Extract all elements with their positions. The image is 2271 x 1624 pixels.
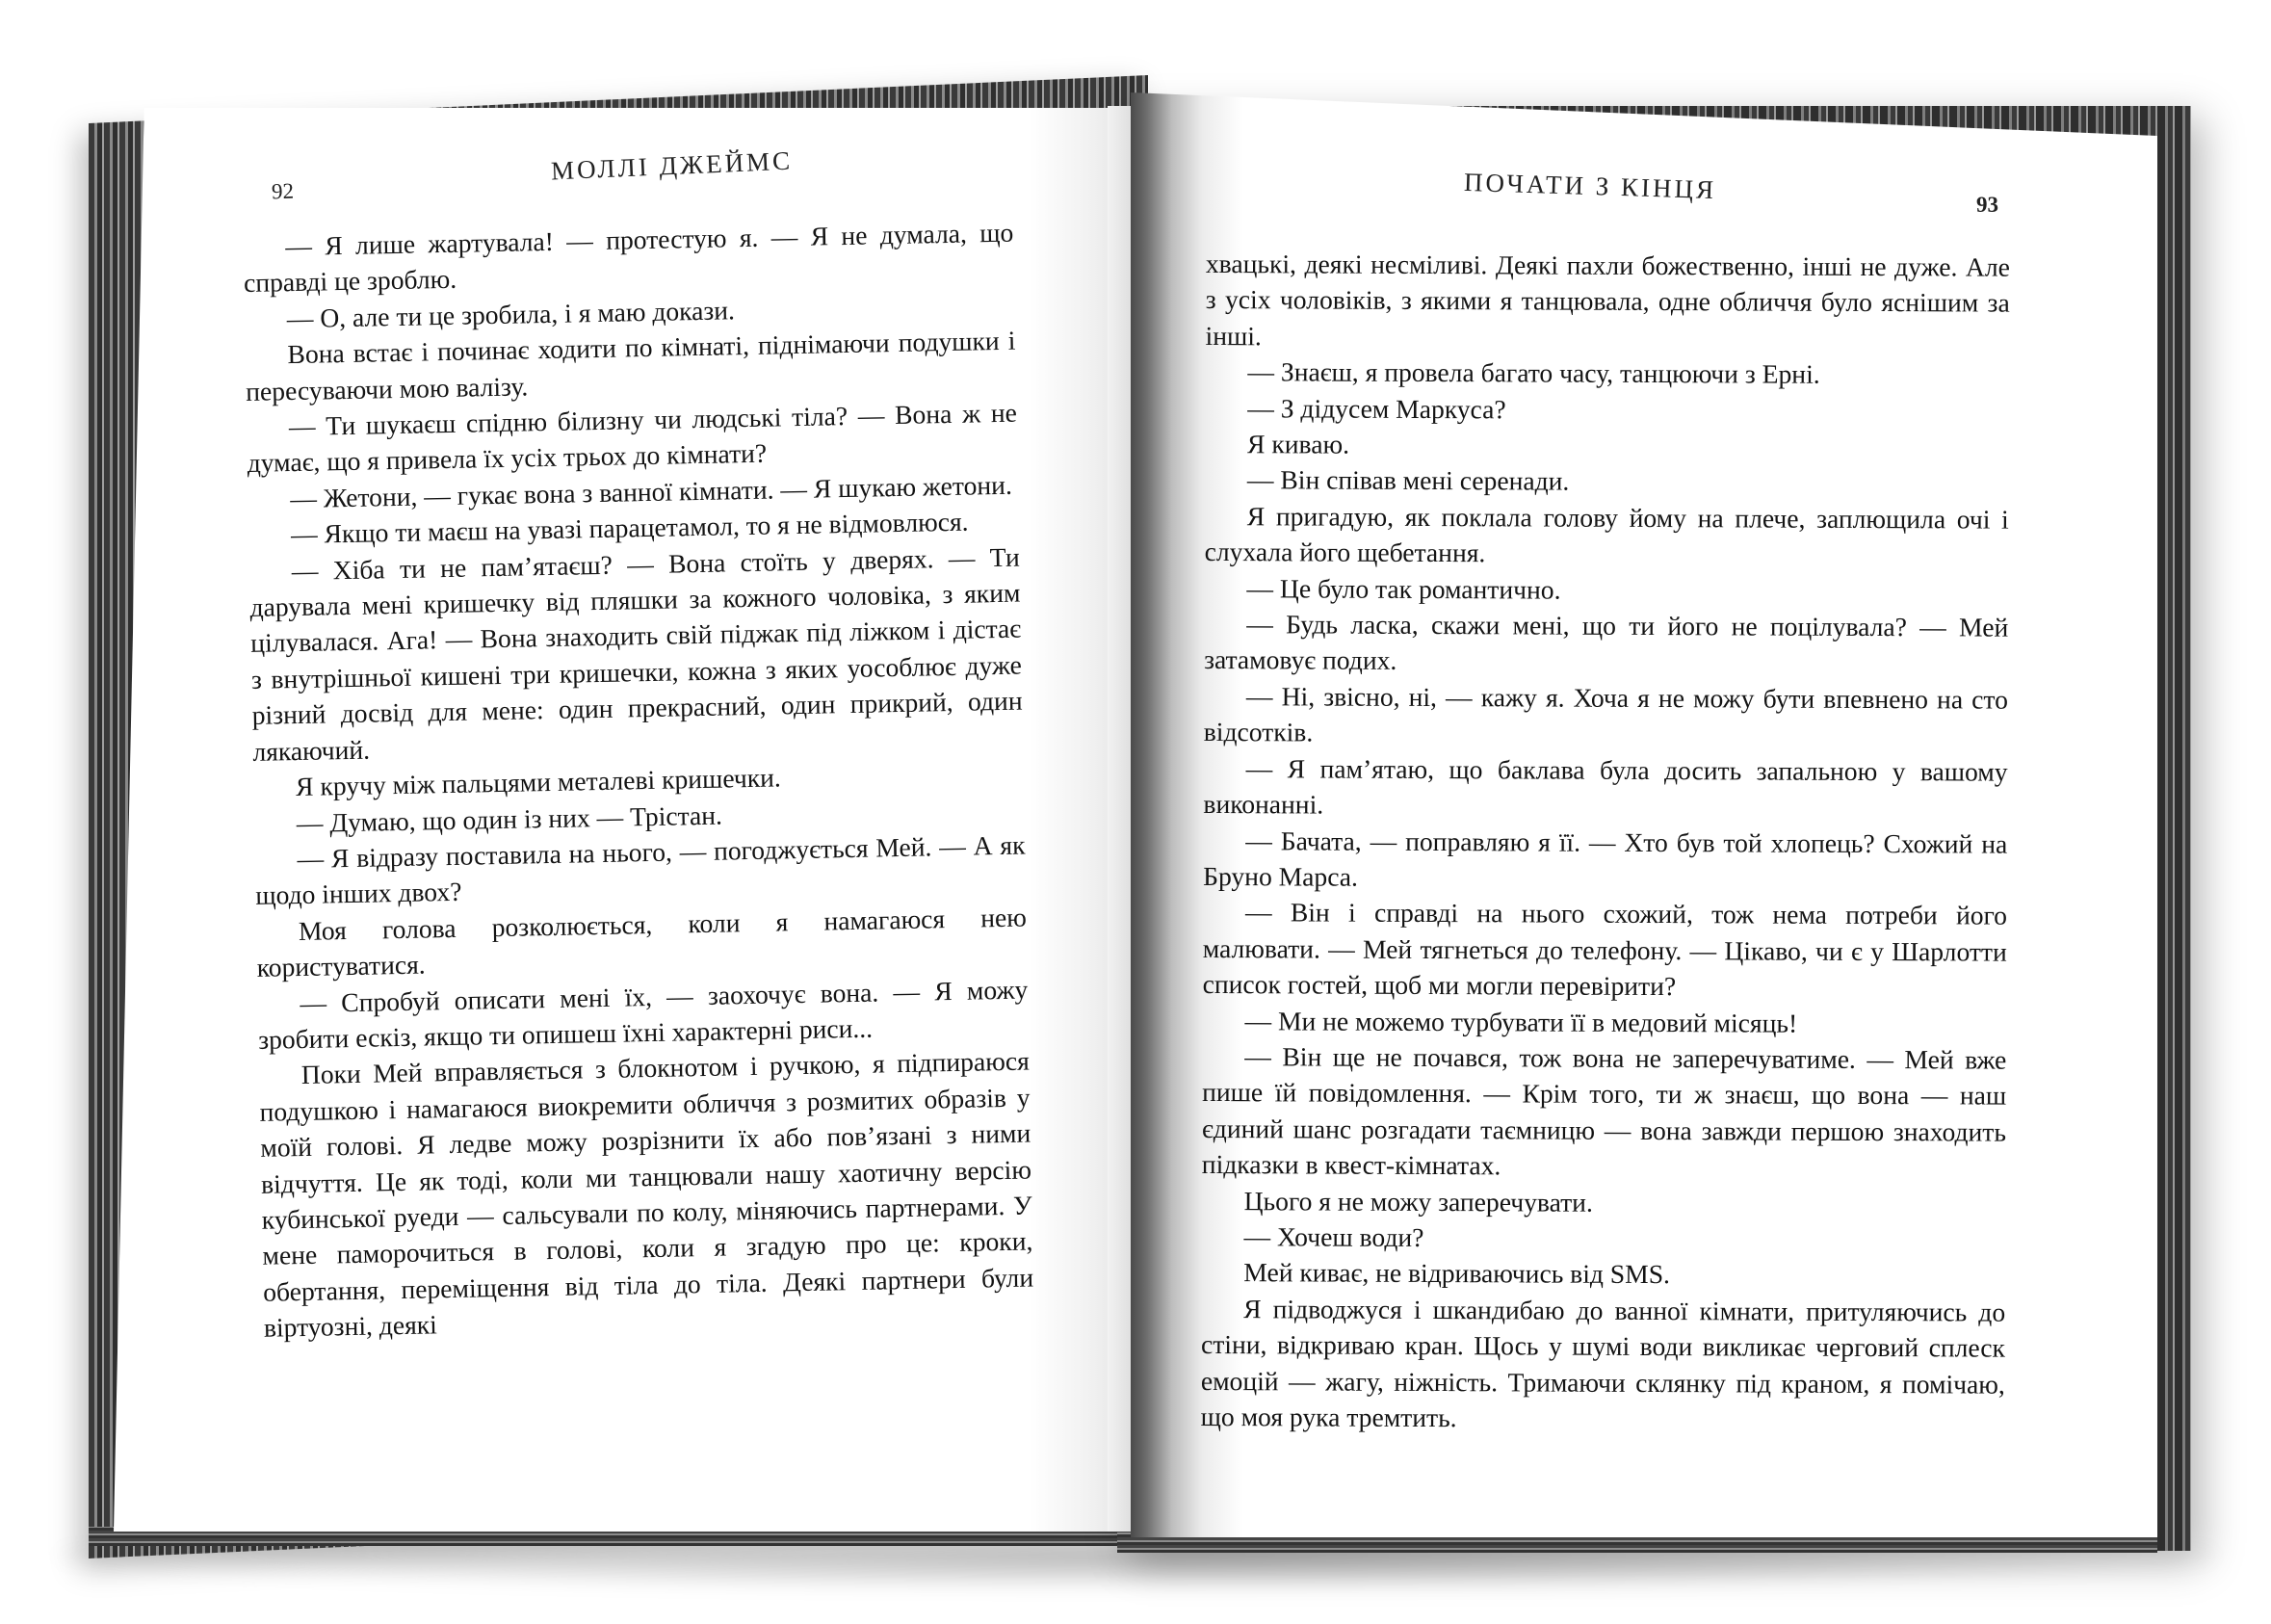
paragraph: Я пригадую, як поклала голову йому на пл… bbox=[1205, 498, 2009, 573]
right-page-text: хвацькі, деякі несміливі. Деякі пахли бо… bbox=[1201, 246, 2010, 1438]
book-gutter bbox=[1108, 106, 1135, 1532]
paragraph: Поки Мей вправляється з блокнотом і ручк… bbox=[259, 1043, 1035, 1347]
paragraph: хвацькі, деякі несміливі. Деякі пахли бо… bbox=[1206, 246, 2010, 357]
paragraph: — Знаєш, я провела багато часу, танцюючи… bbox=[1205, 354, 2009, 393]
paragraph: — Ми не можемо турбувати її в медовий мі… bbox=[1202, 1003, 2006, 1042]
paragraph: — Ні, звісно, ні, — кажу я. Хоча я не мо… bbox=[1204, 678, 2008, 753]
paragraph: — Він і справді на нього схожий, тож нем… bbox=[1203, 894, 2007, 1006]
paragraph: Цього я не можу заперечувати. bbox=[1202, 1183, 2006, 1222]
paragraph: — Будь ласка, скажи мені, що ти його не … bbox=[1204, 606, 2008, 681]
right-page-number: 93 bbox=[1976, 193, 1998, 218]
paragraph: — Він ще не почався, тож вона не запереч… bbox=[1202, 1038, 2007, 1186]
paragraph: — Він співав мені серенади. bbox=[1205, 461, 2009, 501]
paragraph: Мей киває, не відриваючись від SMS. bbox=[1201, 1254, 2005, 1294]
paragraph: — З дідусем Маркуса? bbox=[1205, 390, 2009, 430]
paragraph: — Я пам’ятаю, що баклава була досить зап… bbox=[1203, 750, 2007, 825]
paragraph: — Це було так романтично. bbox=[1204, 570, 2008, 610]
paragraph: Я киваю. bbox=[1205, 426, 2009, 465]
paragraph: — Бачата, — поправляю я її. — Хто був то… bbox=[1203, 822, 2007, 897]
left-page-number: 92 bbox=[272, 179, 295, 205]
paragraph: — Хочеш води? bbox=[1201, 1218, 2005, 1258]
paragraph: — Хіба ти не пам’ятаєш? — Вона стоїть у … bbox=[248, 538, 1023, 770]
left-page-text: — Я лише жартувала! — протестую я. — Я н… bbox=[243, 215, 1034, 1347]
paragraph: Я підводжуся і шкандибаю до ванної кімна… bbox=[1201, 1291, 2006, 1438]
